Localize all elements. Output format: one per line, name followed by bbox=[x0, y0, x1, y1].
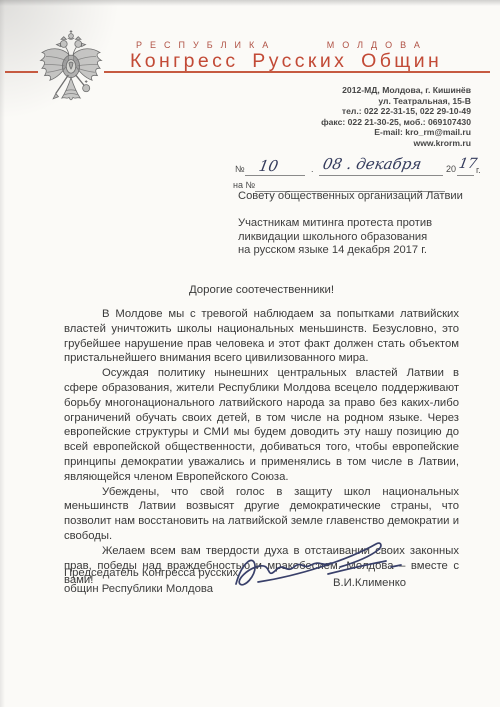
addressee-line: на русском языке 14 декабря 2017 г. bbox=[238, 244, 463, 258]
double-headed-eagle-icon bbox=[38, 29, 104, 113]
spacer bbox=[238, 204, 463, 217]
address-line: 2012-МД, Молдова, г. Кишинёв bbox=[321, 85, 471, 96]
address-line: тел.: 022 22-31-15, 022 29-10-49 bbox=[321, 106, 471, 117]
year-prefix: 20 bbox=[446, 164, 456, 174]
year-line bbox=[457, 174, 474, 176]
address-line: ул. Театральная, 15-В bbox=[321, 96, 471, 107]
signatory-title: Председатель Конгресса русских общин Рес… bbox=[64, 566, 238, 597]
red-rule-right bbox=[104, 71, 490, 73]
red-rule-left bbox=[5, 71, 38, 73]
year-suffix: г. bbox=[476, 165, 481, 175]
salutation: Дорогие соотечественники! bbox=[64, 284, 459, 296]
reply-number-label: на № bbox=[233, 180, 255, 190]
paragraph: В Молдове мы с тревогой наблюдаем за поп… bbox=[64, 307, 459, 366]
paragraph: Осуждая политику нынешних центральных вл… bbox=[64, 366, 459, 484]
address-line: www.krorm.ru bbox=[321, 138, 471, 149]
addressee-line: ликвидации школьного образования bbox=[238, 231, 463, 245]
letter-page: РЕСПУБЛИКА МОЛДОВА Конгресс Русских Общи… bbox=[0, 0, 500, 707]
address-line: факс: 022 21-30-25, моб.: 069107430 bbox=[321, 117, 471, 128]
ref-number-label: № bbox=[235, 164, 245, 174]
signatory-name: В.И.Клименко bbox=[333, 577, 406, 589]
country-line: РЕСПУБЛИКА МОЛДОВА bbox=[136, 40, 476, 50]
signatory-title-line: общин Республики Молдова bbox=[64, 582, 238, 598]
signatory-title-line: Председатель Конгресса русских bbox=[64, 566, 238, 582]
scan-edge-artifact bbox=[0, 0, 5, 707]
organization-name: Конгресс Русских Общин bbox=[130, 50, 486, 73]
ref-number-value: 10 bbox=[257, 157, 279, 175]
ref-date-value: 08 . декабря bbox=[321, 155, 423, 173]
addressee-line: Участникам митинга протеста против bbox=[238, 217, 463, 231]
ref-date-line bbox=[319, 174, 443, 176]
address-line: E-mail: kro_rm@mail.ru bbox=[321, 127, 471, 138]
address-block: 2012-МД, Молдова, г. Кишинёв ул. Театрал… bbox=[321, 85, 471, 149]
addressee-line: Совету общественных организаций Латвии bbox=[238, 190, 463, 204]
addressee-block: Совету общественных организаций Латвии У… bbox=[238, 190, 463, 258]
ref-separator: . bbox=[311, 164, 314, 174]
